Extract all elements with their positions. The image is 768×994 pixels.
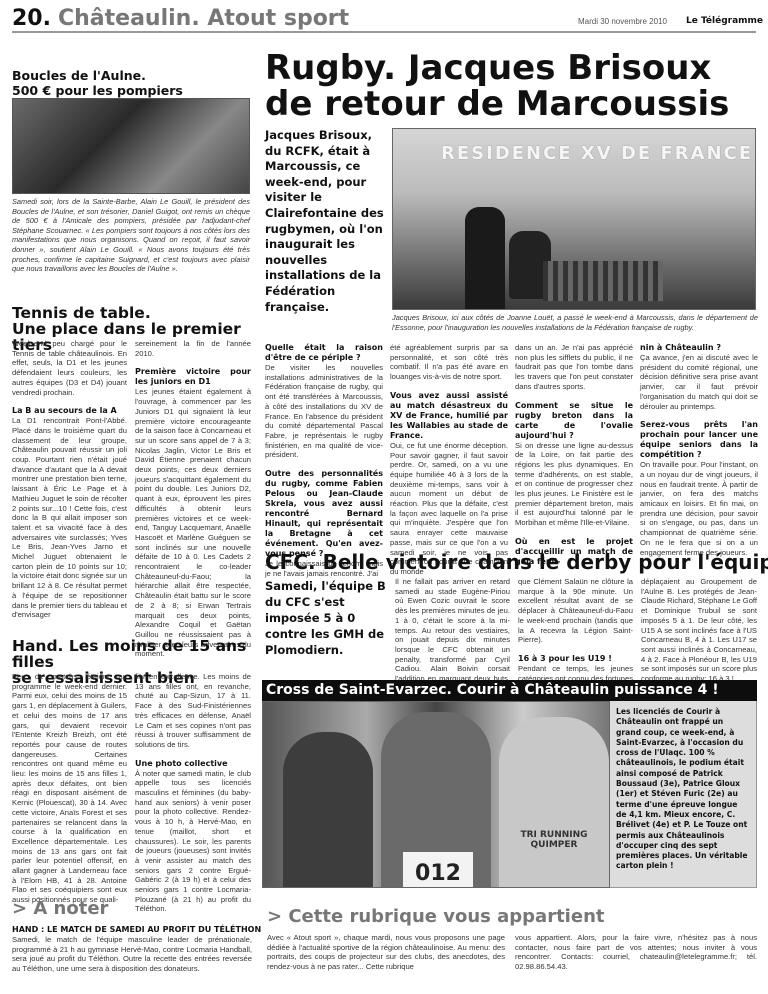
cfc-body: que Clément Salaün ne clôture la marque …	[518, 577, 633, 645]
rugby-title-2: de retour de Marcoussis	[265, 86, 760, 122]
cfc-col-3: déplaçaient au Groupement de l'Aulne B. …	[641, 577, 757, 684]
tennis-col-2: sereinement la fin de l'année 2010. Prem…	[135, 339, 251, 659]
interview-answer: Si on dresse une ligne au-dessus de la L…	[515, 441, 633, 528]
issue-date: Mardi 30 novembre 2010	[578, 17, 667, 26]
runner-3	[499, 717, 609, 888]
rugby-title-1: Rugby. Jacques Brisoux	[265, 50, 760, 86]
rugby-interview-col-4: nin à Châteaulin ? Ça avance, j'en ai di…	[640, 343, 758, 557]
cross-banner: Cross de Saint-Evarzec. Courir à Château…	[262, 680, 757, 701]
rubrique-col-1: Avec « Atout sport », chaque mardi, nous…	[267, 933, 505, 972]
header-rule	[12, 31, 756, 33]
interview-answer: été agréablement surpris par sa personna…	[390, 343, 508, 382]
cfc-headline: CFC. Belle victoire dans le derby pour l…	[265, 550, 768, 574]
hand-title-1: Hand. Les moins de 15 ans filles	[12, 638, 262, 670]
page-number: 20.	[12, 6, 51, 31]
cfc-col-2: que Clément Salaün ne clôture la marque …	[518, 577, 633, 693]
hand-col-1: Peu de matchs étaient au programme le we…	[12, 672, 127, 905]
cross-text-box: Les licenciés de Courir à Châteaulin ont…	[610, 701, 757, 888]
rugby-headline: Rugby. Jacques Brisoux de retour de Marc…	[265, 50, 760, 122]
hand-body: fier en Excellence. Les moins de 13 ans …	[135, 672, 251, 750]
interview-answer: De visiter les nouvelles installations a…	[265, 363, 383, 460]
rubrique-col-2: vous appartient. Alors, pour la faire vi…	[515, 933, 757, 972]
rugby-interview-col-3: dans un an. Je n'ai pas apprécié non plu…	[515, 343, 633, 567]
tennis-col-1: Week-end peu chargé pour le Tennis de ta…	[12, 339, 127, 620]
cfc-lead: Samedi, l'équipe B du CFC s'est imposée …	[265, 578, 390, 658]
bench	[543, 261, 663, 301]
boucles-photo	[12, 98, 250, 194]
interview-question: Serez-vous prêts l'an prochain pour lanc…	[640, 420, 758, 460]
tennis-subhead: La B au secours de la A	[12, 406, 127, 416]
interview-answer: On travaille pour. Pour l'instant, on a …	[640, 460, 758, 557]
tennis-body: Les jeunes étaient également à l'ouvrage…	[135, 387, 251, 659]
rugby-caption: Jacques Brisoux, ici aux côtés de Joanne…	[392, 313, 758, 332]
boucles-headline: Boucles de l'Aulne. 500 € pour les pompi…	[12, 68, 252, 98]
interview-question: Vous avez aussi assisté au match désastr…	[390, 391, 508, 441]
hand-col-2: fier en Excellence. Les moins de 13 ans …	[135, 672, 251, 914]
interview-question: Outre des personnalités du rugby, comme …	[265, 469, 383, 559]
interview-question: Quelle était la raison d'être de ce péri…	[265, 343, 383, 363]
tennis-intro: sereinement la fin de l'année 2010.	[135, 339, 251, 358]
cfc-col-1: Il ne fallait pas arriver en retard same…	[395, 577, 510, 693]
hand-subhead: Une photo collective	[135, 759, 251, 769]
rugby-photo: RESIDENCE XV DE FRANCE	[392, 128, 756, 310]
a-noter-subtitle: HAND : LE MATCH DE SAMEDI AU PROFIT DU T…	[12, 925, 261, 934]
a-noter-heading: > À noter	[12, 898, 108, 919]
rugby-interview-col-2: été agréablement surpris par sa personna…	[390, 343, 508, 577]
a-noter-body: Samedi, le match de l'équipe masculine l…	[12, 935, 252, 974]
cross-photo: 012 TRI RUNNING QUIMPER	[262, 701, 610, 888]
rugby-lead: Jacques Brisoux, du RCFK, était à Marcou…	[265, 128, 385, 315]
interview-answer: dans un an. Je n'ai pas apprécié non plu…	[515, 343, 633, 392]
residence-sign: RESIDENCE XV DE FRANCE	[441, 143, 753, 164]
hand-body: À noter que samedi matin, le club appell…	[135, 769, 251, 915]
tennis-body: La D1 rencontrait Pont-l'Abbé. Placé dan…	[12, 416, 127, 620]
boucles-title-1: Boucles de l'Aulne.	[12, 68, 252, 83]
interview-question: Comment se situe le rugby breton dans la…	[515, 401, 633, 441]
runner-1	[283, 732, 373, 888]
race-bib: 012	[403, 852, 473, 888]
shirt-text: TRI RUNNING QUIMPER	[507, 830, 601, 850]
tennis-subhead: Première victoire pour les juniors en D1	[135, 367, 251, 387]
interview-question: nin à Châteaulin ?	[640, 343, 758, 353]
interview-answer: Ça avance, j'en ai discuté avec le prési…	[640, 353, 758, 411]
cfc-subhead: 16 à 3 pour les U19 !	[518, 654, 633, 664]
rugby-interview-col-1: Quelle était la raison d'être de ce péri…	[265, 343, 383, 578]
section-title: Châteaulin. Atout sport	[58, 6, 349, 31]
person-standing	[465, 207, 505, 310]
rubrique-heading: > Cette rubrique vous appartient	[267, 906, 604, 927]
hand-body: Peu de matchs étaient au programme le we…	[12, 672, 127, 905]
boucles-caption: Samedi soir, lors de la Sainte-Barbe, Al…	[12, 197, 250, 274]
boucles-title-2: 500 € pour les pompiers	[12, 83, 252, 98]
tennis-title-1: Tennis de table.	[12, 305, 262, 321]
tennis-intro: Week-end peu chargé pour le Tennis de ta…	[12, 339, 127, 397]
newspaper-name: Le Télégramme	[686, 16, 763, 26]
